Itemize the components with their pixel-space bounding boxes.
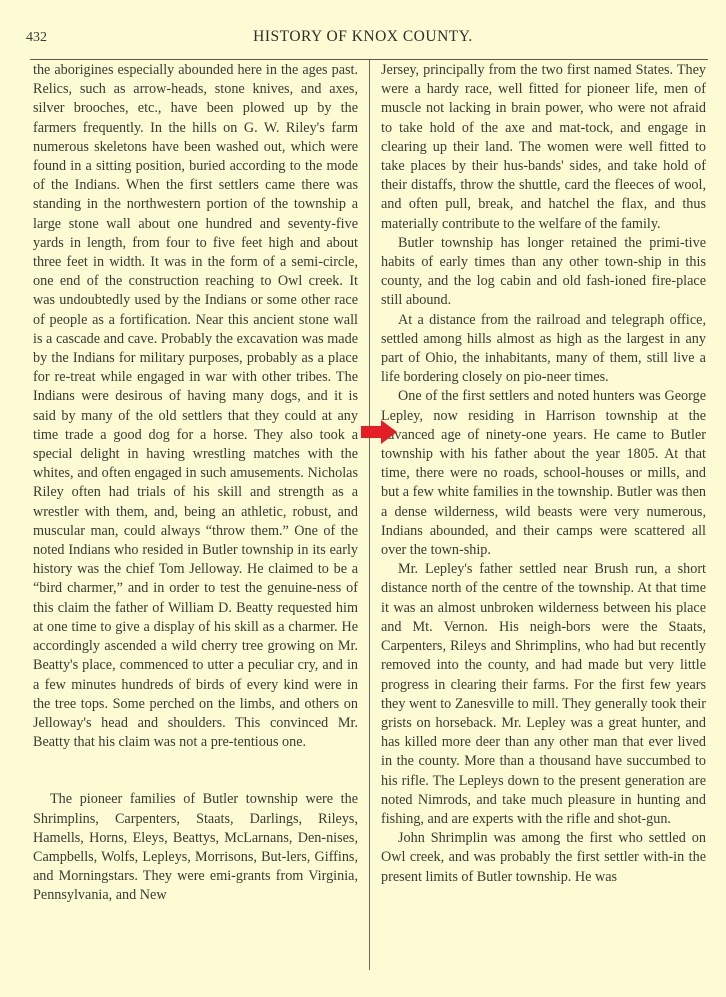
highlighted-paragraph: One of the first settlers and noted hunt… <box>381 387 706 560</box>
paragraph: The pioneer families of Butler township … <box>33 790 358 905</box>
red-arrow-icon <box>361 420 397 444</box>
paragraph: At a distance from the railroad and tele… <box>381 311 706 388</box>
running-title: HISTORY OF KNOX COUNTY. <box>0 28 726 46</box>
left-column: the aborigines especially abounded here … <box>33 61 358 906</box>
column-divider <box>369 60 370 970</box>
page-header: 432 HISTORY OF KNOX COUNTY. <box>0 0 726 50</box>
paragraph: Mr. Lepley's father settled near Brush r… <box>381 560 706 829</box>
right-column: Jersey, principally from the two first n… <box>381 61 706 887</box>
paragraph: Jersey, principally from the two first n… <box>381 61 706 234</box>
paragraph: Butler township has longer retained the … <box>381 234 706 311</box>
paragraph: John Shrimplin was among the first who s… <box>381 829 706 887</box>
paragraph: the aborigines especially abounded here … <box>33 61 358 752</box>
